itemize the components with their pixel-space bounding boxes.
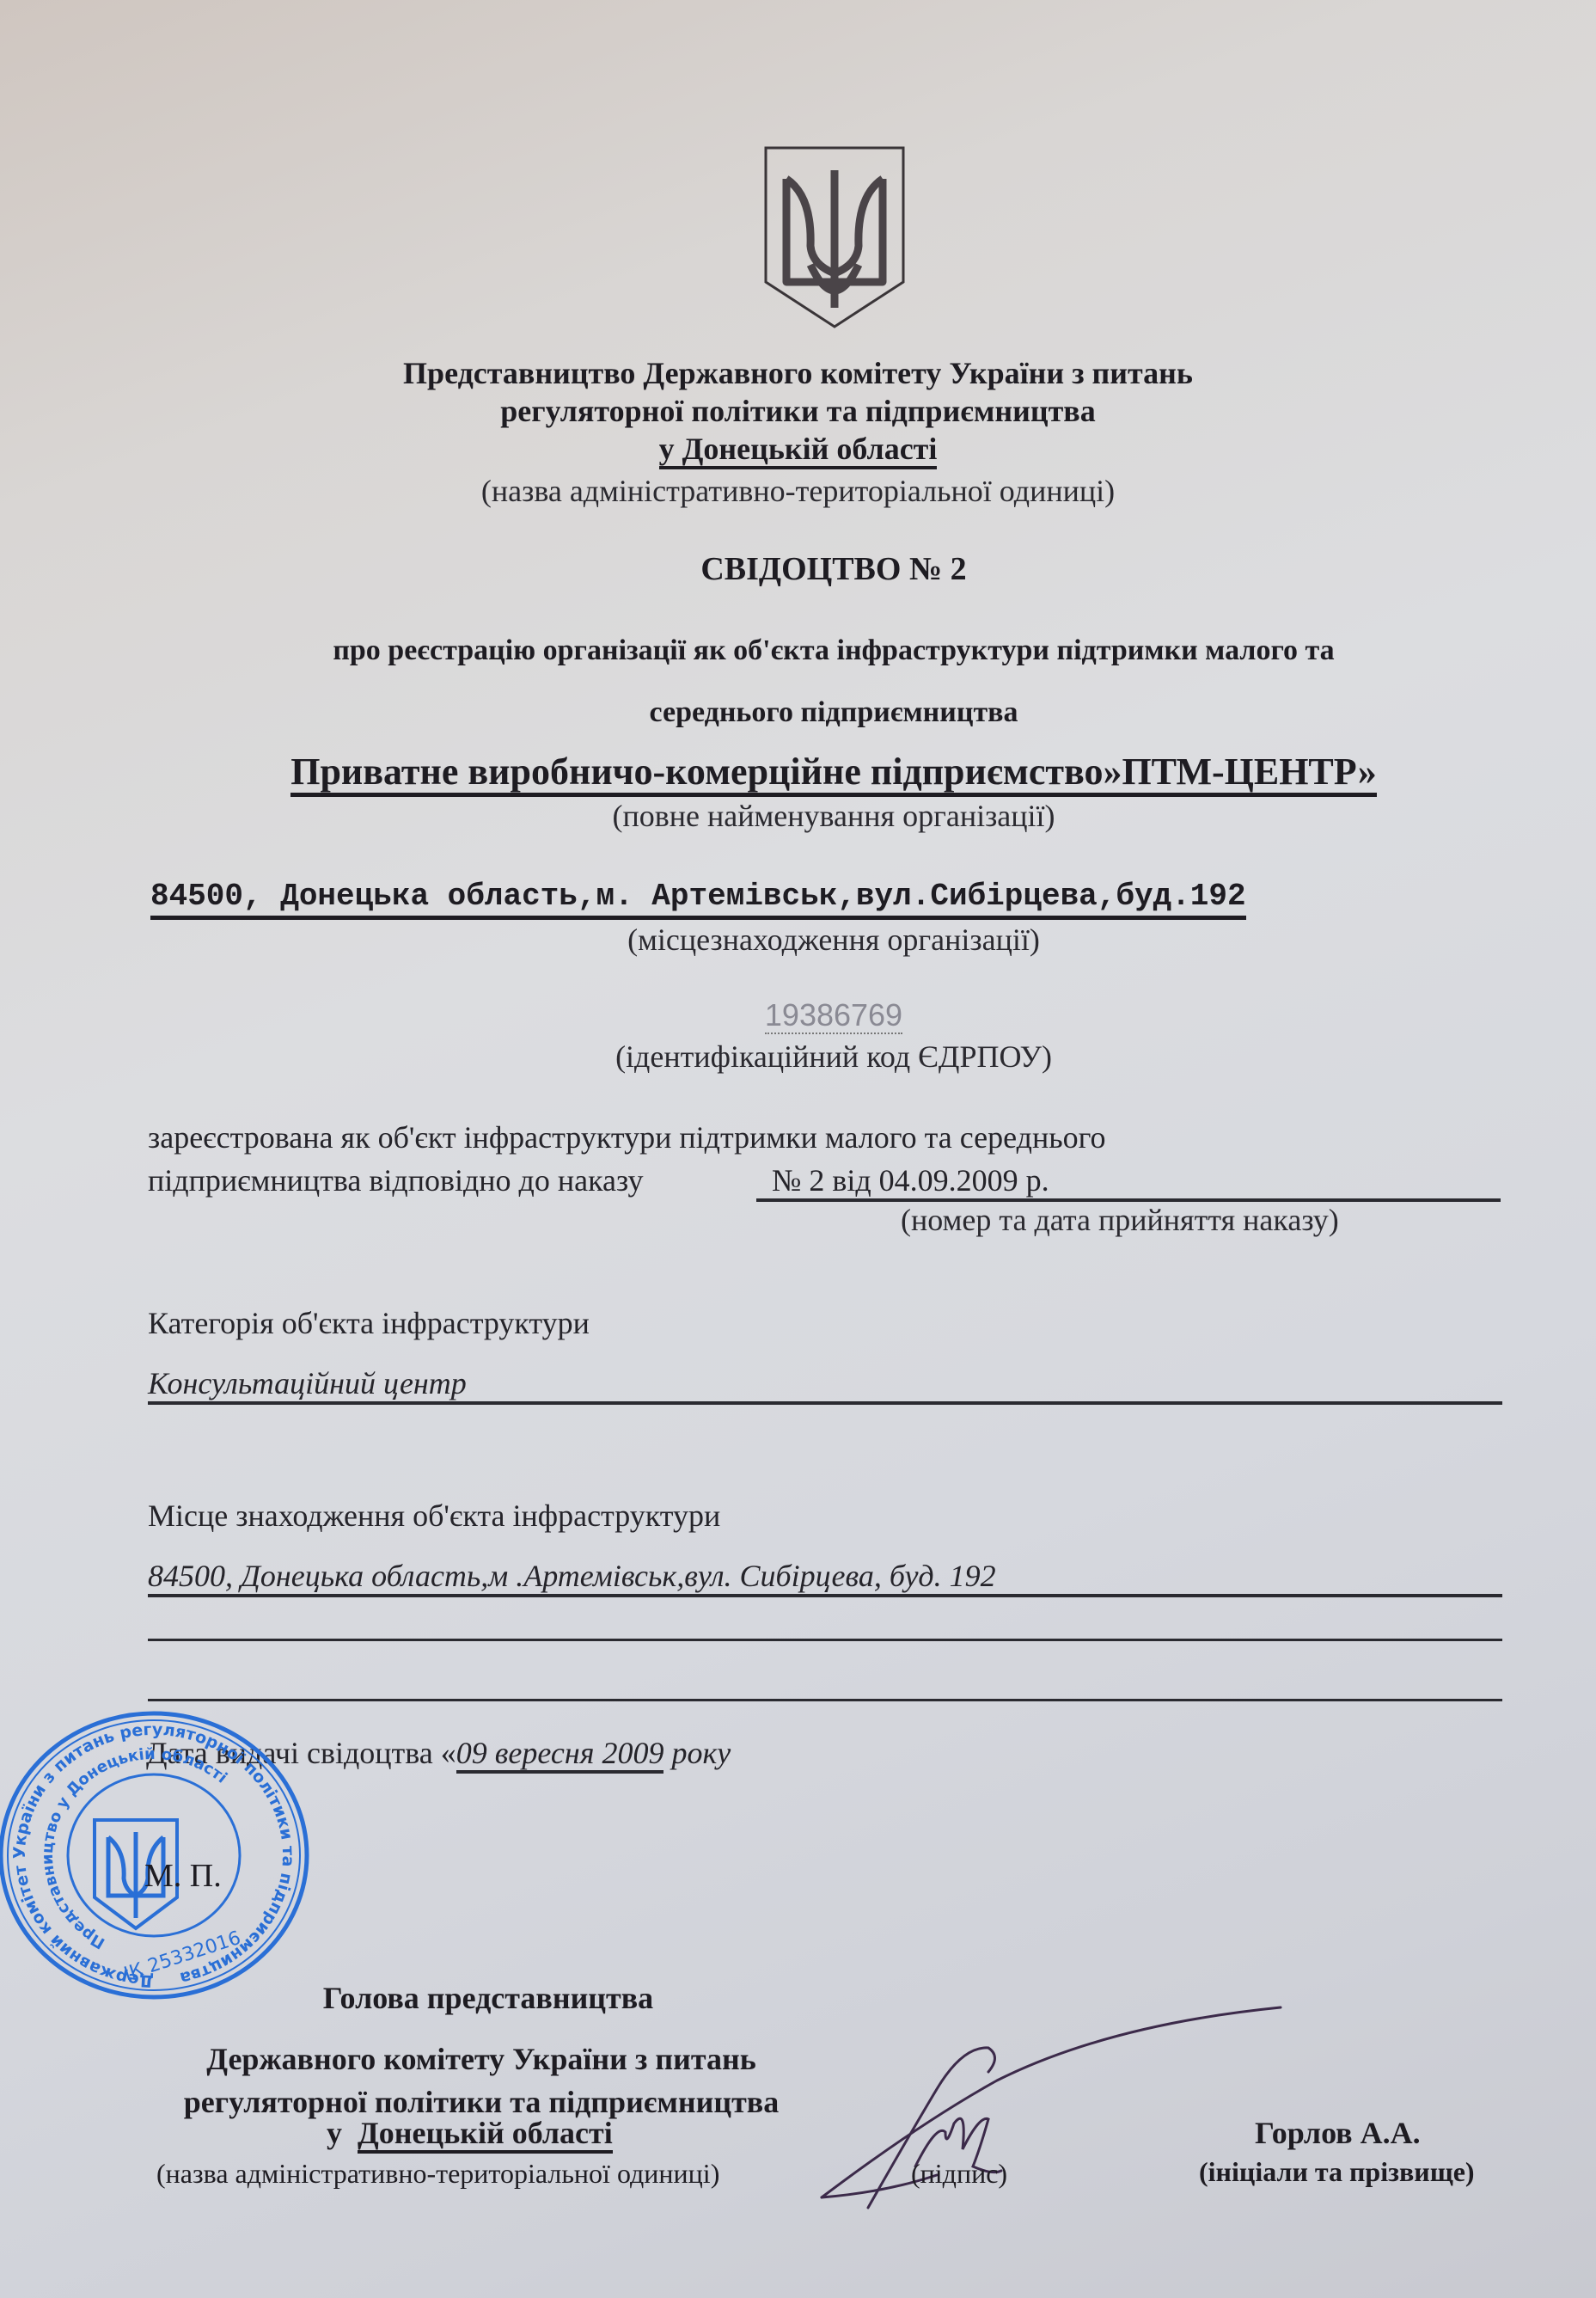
coat-of-arms-icon xyxy=(761,144,908,330)
header-line-2: регуляторної політики та підприємництва xyxy=(0,392,1596,430)
registration-text-line-1: зареєстрована як об'єкт інфраструктури п… xyxy=(148,1119,1106,1155)
signatory-region: Донецькій області xyxy=(358,2116,613,2154)
category-label: Категорія об'єкта інфраструктури xyxy=(148,1305,590,1341)
blank-line-2 xyxy=(148,1699,1502,1701)
location-label: Місце знаходження об'єкта інфраструктури xyxy=(148,1498,720,1534)
blank-line-1 xyxy=(148,1639,1502,1641)
registration-text-line-2: підприємництва відповідно до наказу xyxy=(148,1162,644,1198)
signatory-name: Горлов А.А. xyxy=(1255,2115,1421,2151)
order-caption: (номер та дата прийняття наказу) xyxy=(901,1202,1339,1238)
header-region: у Донецькій області xyxy=(659,432,938,469)
edrpou-code: 19386769 xyxy=(765,997,902,1034)
signature-caption: (підпис) xyxy=(911,2158,1007,2190)
issue-date-value: 09 вересня 2009 xyxy=(456,1736,664,1774)
issue-date-suffix: року xyxy=(671,1736,731,1770)
official-stamp: Державний комітет України з питань регул… xyxy=(0,1709,313,2001)
header-region-caption: (назва адміністративно-територіальної од… xyxy=(0,473,1596,509)
organization-address: 84500, Донецька область,м. Артемівськ,ву… xyxy=(150,879,1246,920)
edrpou-caption: (ідентифікаційний код ЄДРПОУ) xyxy=(0,1039,1596,1075)
certificate-subtitle-line-1: про реєстрацію організації як об'єкта ін… xyxy=(0,634,1596,667)
signatory-title-line-2: Державного комітету України з питань xyxy=(138,2038,825,2080)
signatory-region-prefix: у xyxy=(327,2116,342,2150)
category-value: Консультаційний центр xyxy=(148,1365,1502,1405)
organization-address-caption: (місцезнаходження організації) xyxy=(0,922,1596,958)
certificate-title: СВІДОЦТВО № 2 xyxy=(0,550,1596,588)
organization-name: Приватне виробничо-комерційне підприємст… xyxy=(290,751,1377,797)
location-value: 84500, Донецька область,м .Артемівськ,ву… xyxy=(148,1558,1502,1597)
signatory-region-caption: (назва адміністративно-територіальної од… xyxy=(156,2158,719,2190)
organization-name-caption: (повне найменування організації) xyxy=(0,798,1596,834)
header-line-1: Представництво Державного комітету Украї… xyxy=(0,354,1596,392)
signatory-title-line-1: Голова представництва xyxy=(144,1977,832,2019)
order-number-date: № 2 від 04.09.2009 р. xyxy=(756,1162,1501,1202)
certificate-subtitle-line-2: середнього підприємництва xyxy=(0,696,1596,729)
signatory-name-caption: (ініціали та прізвище) xyxy=(1199,2156,1475,2188)
seal-mark: М. П. xyxy=(144,1857,222,1895)
